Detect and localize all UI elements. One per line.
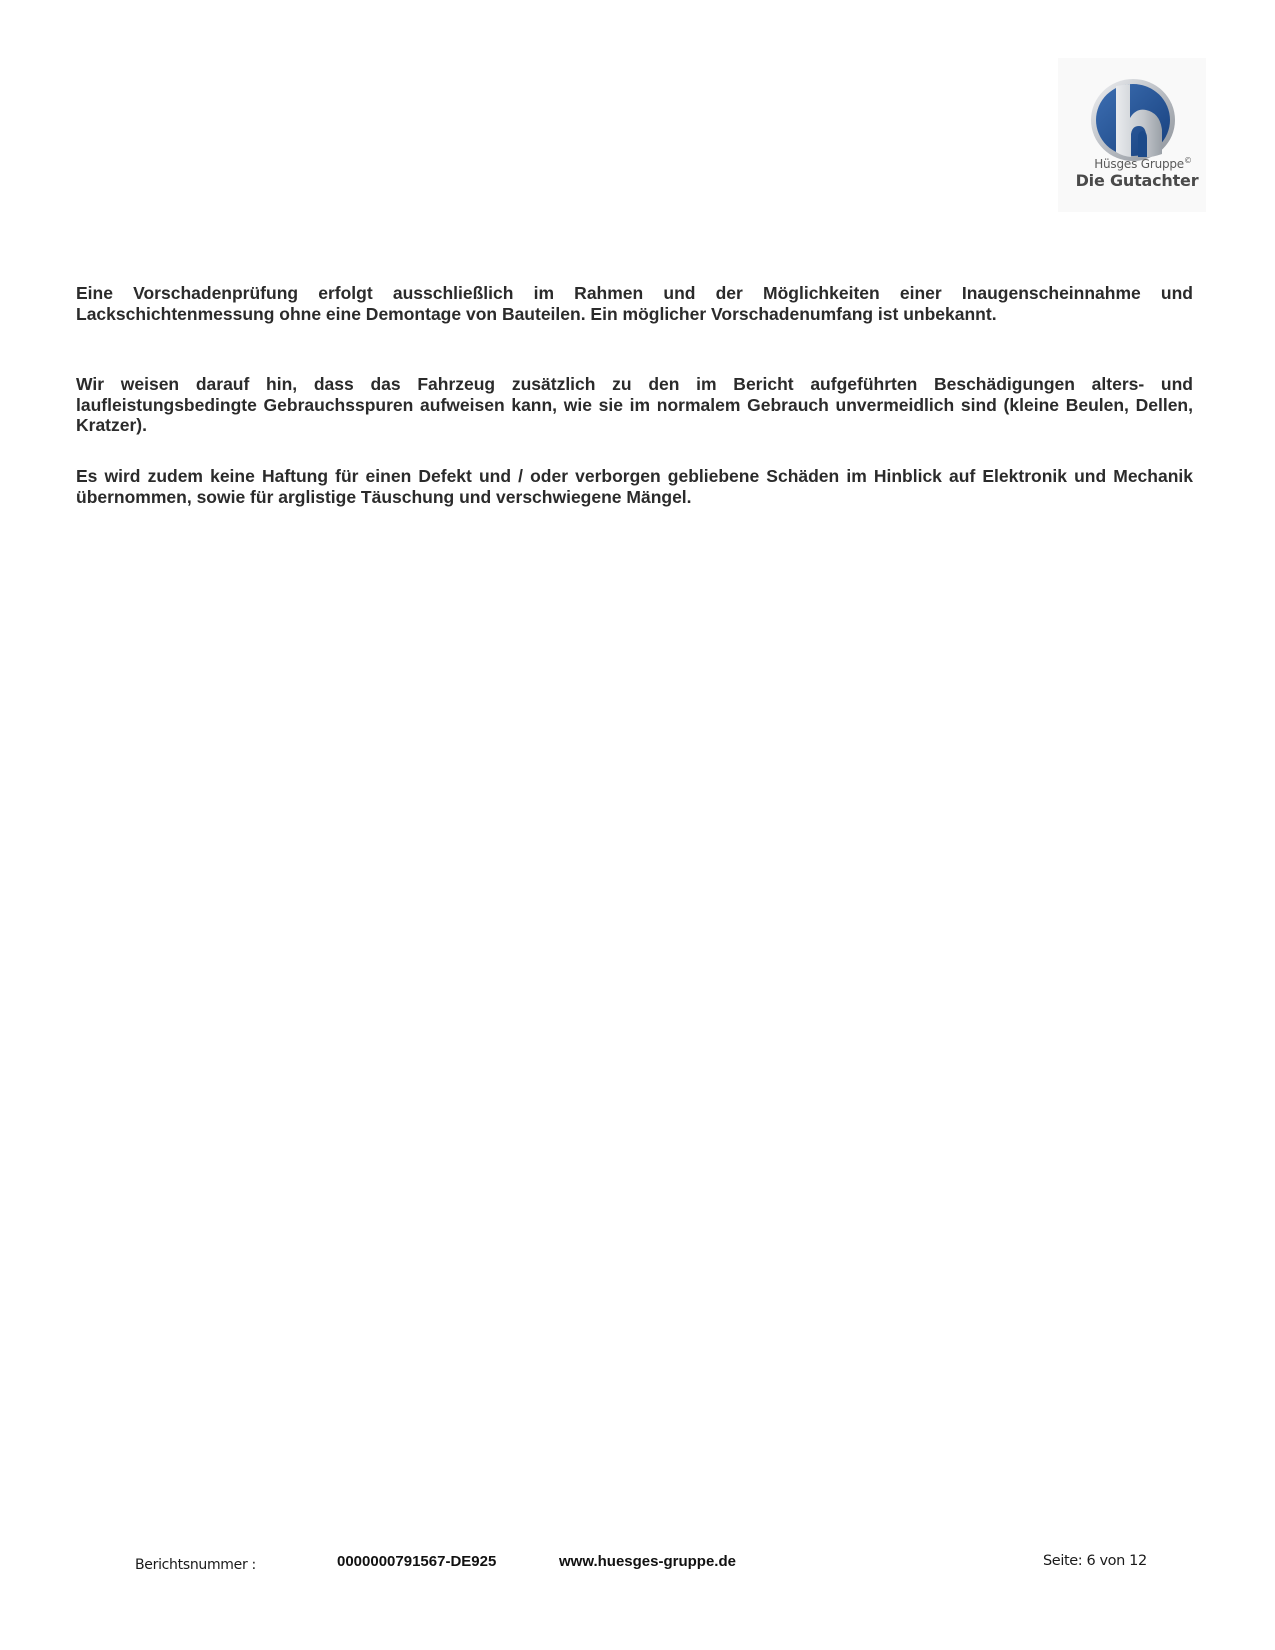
disclaimer-paragraph-wear: Wir weisen darauf hin, dass das Fahrzeug… xyxy=(76,374,1193,436)
website-link[interactable]: www.huesges-gruppe.de xyxy=(559,1553,736,1570)
report-number: 0000000791567-DE925 xyxy=(337,1553,496,1570)
logo-line1-text: Hüsges Gruppe xyxy=(1094,157,1184,171)
logo-company-name: Hüsges Gruppe© xyxy=(1058,156,1228,171)
report-number-label: Berichtsnummer : xyxy=(135,1557,256,1573)
disclaimer-paragraph-liability: Es wird zudem keine Haftung für einen De… xyxy=(76,466,1193,507)
huesges-h-emblem-icon xyxy=(1090,78,1176,162)
page-indicator: Seite: 6 von 12 xyxy=(1043,1553,1147,1569)
disclaimer-paragraph-damage-check: Eine Vorschadenprüfung erfolgt ausschlie… xyxy=(76,283,1193,324)
logo-tagline: Die Gutachter xyxy=(1062,171,1212,190)
copyright-mark: © xyxy=(1184,156,1192,165)
